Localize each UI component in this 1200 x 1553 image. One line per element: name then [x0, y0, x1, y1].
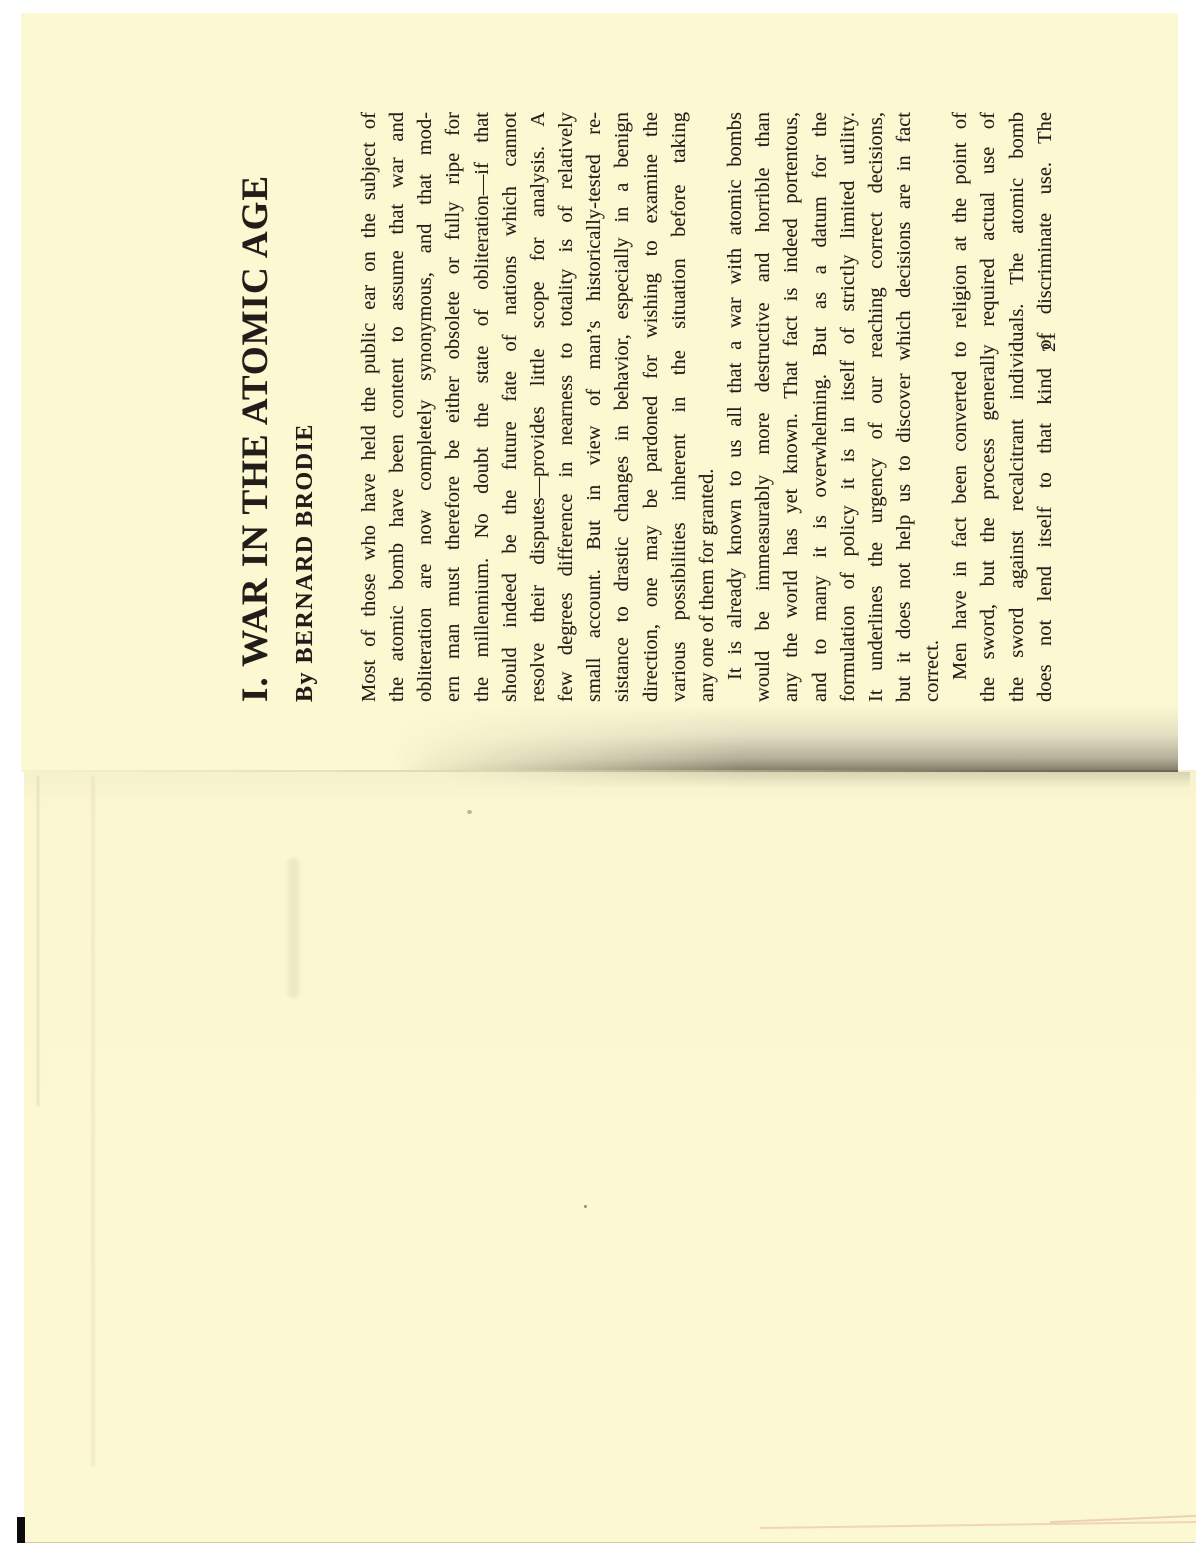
scan-edge-mark [17, 1517, 25, 1543]
page-fold-shadow [440, 772, 1190, 788]
text-line: correct. [918, 112, 946, 702]
scan-speck [467, 810, 472, 814]
chapter-title: I. WAR IN THE ATOMIC AGE [233, 112, 279, 702]
text-line: but it does not help us to discover whic… [890, 112, 918, 702]
text-line: should indeed be the future fate of nati… [496, 112, 524, 702]
ink-showthrough-smudge [288, 858, 299, 998]
text-line: the sword, but the process generally req… [974, 112, 1002, 702]
text-line: any one of them for granted. [693, 112, 721, 702]
text-line: direction, one may be pardoned for wishi… [637, 112, 665, 702]
text-line: resolve their disputes—provides little s… [524, 112, 552, 702]
paper-crease [92, 776, 94, 1466]
scan-speck [584, 1205, 587, 1208]
text-line: It is already known to us all that a war… [721, 112, 749, 702]
rotated-text-block: I. WAR IN THE ATOMIC AGE By BERNARD BROD… [233, 112, 1073, 702]
page-edge-line [21, 770, 1178, 772]
scanned-document: I. WAR IN THE ATOMIC AGE By BERNARD BROD… [0, 0, 1200, 1553]
text-line: and to many it is overwhelming. But as a… [806, 112, 834, 702]
text-line: Men have in fact been converted to relig… [946, 112, 974, 702]
text-line: It underlines the urgency of our reachin… [862, 112, 890, 702]
body-lines: Most of those who have held the public e… [355, 112, 1059, 702]
text-line: various possibilities inherent in the si… [665, 112, 693, 702]
text-line: few degrees difference in nearness to to… [552, 112, 580, 702]
text-line: sistance to drastic changes in behavior,… [608, 112, 636, 702]
text-line: the millennium. No doubt the state of ob… [468, 112, 496, 702]
page-fold-gradient [391, 706, 1178, 770]
text-line: the sword against recalcitrant individua… [1003, 112, 1031, 702]
text-line: any the world has yet known. That fact i… [777, 112, 805, 702]
paper-crease [37, 776, 39, 1106]
text-line: ern man must therefore be either obsolet… [439, 112, 467, 702]
text-line: Most of those who have held the public e… [355, 112, 383, 702]
author-byline: By BERNARD BRODIE [291, 112, 319, 702]
text-line: the atomic bomb have been content to ass… [383, 112, 411, 702]
text-line: would be immeasurably more destructive a… [749, 112, 777, 702]
text-line: formulation of policy it is in itself of… [834, 112, 862, 702]
text-line: obliteration are now completely synonymo… [411, 112, 439, 702]
blank-underpage [24, 770, 1196, 1543]
text-line: does not lend itself to that kind of dis… [1031, 112, 1059, 702]
page-number: 21 [1039, 331, 1061, 352]
text-line: small account. But in view of man’s hist… [580, 112, 608, 702]
